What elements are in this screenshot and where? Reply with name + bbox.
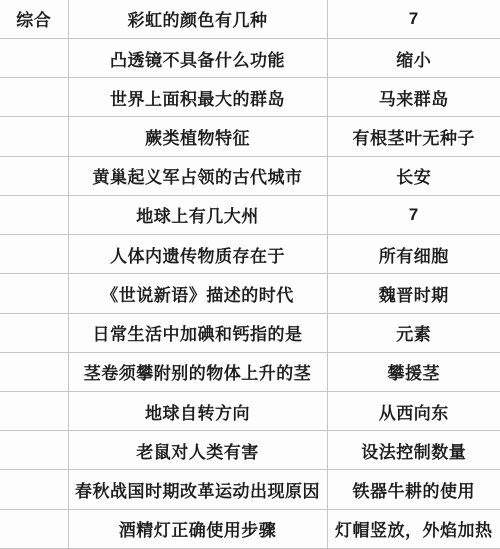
answer-cell: 有根茎叶无种子 <box>327 117 500 156</box>
question-cell: 酒精灯正确使用步骤 <box>68 509 327 548</box>
table-row: 人体内遗传物质存在于 所有细胞 <box>0 235 500 274</box>
table-row: 茎卷须攀附别的物体上升的茎 攀援茎 <box>0 352 500 391</box>
category-cell <box>0 117 68 156</box>
category-cell <box>0 78 68 117</box>
answer-cell: 缩小 <box>327 38 500 77</box>
question-cell: 彩虹的颜色有几种 <box>68 0 327 38</box>
category-cell <box>0 470 68 509</box>
category-cell <box>0 156 68 195</box>
answer-cell: 从西向东 <box>327 391 500 430</box>
question-cell: 地球上有几大州 <box>68 195 327 234</box>
table-row: 蕨类植物特征 有根茎叶无种子 <box>0 117 500 156</box>
table-row: 地球上有几大州 7 <box>0 195 500 234</box>
category-cell <box>0 509 68 548</box>
category-cell <box>0 274 68 313</box>
question-cell: 蕨类植物特征 <box>68 117 327 156</box>
question-cell: 地球自转方向 <box>68 391 327 430</box>
answer-cell: 魏晋时期 <box>327 274 500 313</box>
category-cell <box>0 195 68 234</box>
table-row: 世界上面积最大的群岛 马来群岛 <box>0 78 500 117</box>
answer-cell: 马来群岛 <box>327 78 500 117</box>
qa-table: 综合 彩虹的颜色有几种 7 凸透镜不具备什么功能 缩小 世界上面积最大的群岛 马… <box>0 0 500 549</box>
category-cell <box>0 313 68 352</box>
table-row: 酒精灯正确使用步骤 灯帽竖放，外焰加热 <box>0 509 500 548</box>
question-cell: 《世说新语》描述的时代 <box>68 274 327 313</box>
answer-cell: 7 <box>327 0 500 38</box>
answer-cell: 灯帽竖放，外焰加热 <box>327 509 500 548</box>
question-cell: 世界上面积最大的群岛 <box>68 78 327 117</box>
category-cell <box>0 391 68 430</box>
category-cell <box>0 352 68 391</box>
table-row: 凸透镜不具备什么功能 缩小 <box>0 38 500 77</box>
answer-cell: 所有细胞 <box>327 235 500 274</box>
answer-cell: 铁器牛耕的使用 <box>327 470 500 509</box>
table-row: 地球自转方向 从西向东 <box>0 391 500 430</box>
question-cell: 日常生活中加碘和钙指的是 <box>68 313 327 352</box>
qa-table-body: 综合 彩虹的颜色有几种 7 凸透镜不具备什么功能 缩小 世界上面积最大的群岛 马… <box>0 0 500 549</box>
question-cell: 春秋战国时期改革运动出现原因 <box>68 470 327 509</box>
question-cell: 老鼠对人类有害 <box>68 431 327 470</box>
category-cell <box>0 235 68 274</box>
answer-cell: 7 <box>327 195 500 234</box>
answer-cell: 攀援茎 <box>327 352 500 391</box>
answer-cell: 设法控制数量 <box>327 431 500 470</box>
table-row: 综合 彩虹的颜色有几种 7 <box>0 0 500 38</box>
question-cell: 凸透镜不具备什么功能 <box>68 38 327 77</box>
category-cell: 综合 <box>0 0 68 38</box>
table-row: 日常生活中加碘和钙指的是 元素 <box>0 313 500 352</box>
answer-cell: 元素 <box>327 313 500 352</box>
question-cell: 人体内遗传物质存在于 <box>68 235 327 274</box>
table-row: 春秋战国时期改革运动出现原因 铁器牛耕的使用 <box>0 470 500 509</box>
table-row: 黄巢起义军占领的古代城市 长安 <box>0 156 500 195</box>
category-cell <box>0 431 68 470</box>
table-row: 老鼠对人类有害 设法控制数量 <box>0 431 500 470</box>
table-row: 《世说新语》描述的时代 魏晋时期 <box>0 274 500 313</box>
question-cell: 黄巢起义军占领的古代城市 <box>68 156 327 195</box>
category-cell <box>0 38 68 77</box>
question-cell: 茎卷须攀附别的物体上升的茎 <box>68 352 327 391</box>
answer-cell: 长安 <box>327 156 500 195</box>
